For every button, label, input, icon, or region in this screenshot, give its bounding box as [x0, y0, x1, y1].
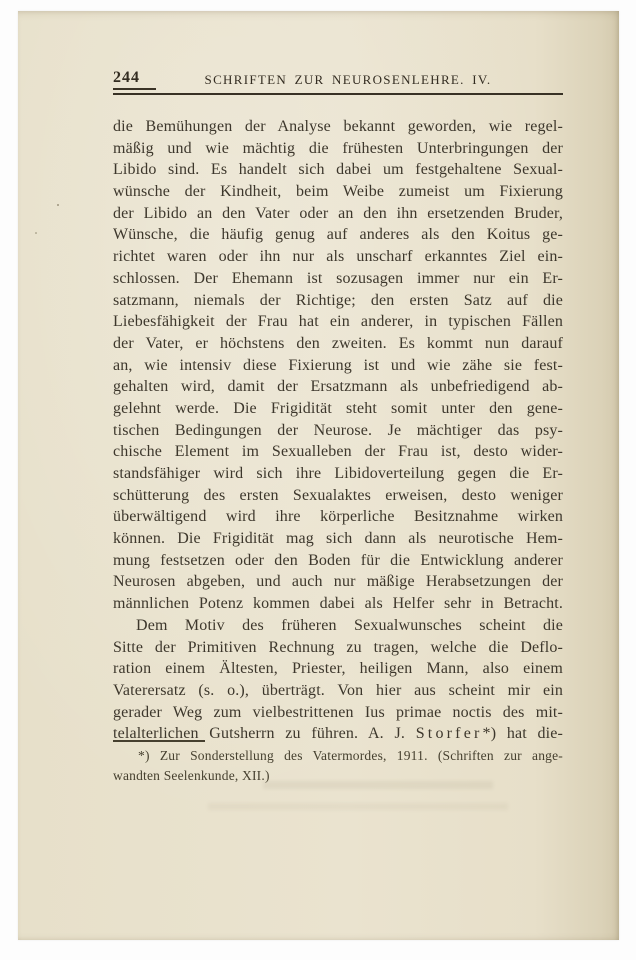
text-line: mäßig und wie mächtig die frühesten Unte…	[113, 138, 563, 160]
page-number-rule	[113, 88, 156, 90]
text-line: Vaterersatz (s. o.), überträgt. Von hier…	[113, 680, 563, 702]
text-line: Sitte der Primitiven Rechnung zu tragen,…	[113, 637, 563, 659]
text-line: Dem Motiv des früheren Sexualwunsches sc…	[113, 615, 563, 637]
text-line: Liebesfähigkeit der Frau hat ein anderer…	[113, 311, 563, 333]
text-line: Neurosen abgeben, und auch nur mäßige He…	[113, 571, 563, 593]
text-line: *) Zur Sonderstellung des Vatermordes, 1…	[113, 746, 563, 766]
text-line: schlossen. Der Ehemann ist sozusagen imm…	[113, 268, 563, 290]
text-line: der Vater, er höchstens den zweiten. Es …	[113, 333, 563, 355]
text-line: gerader Weg zum vielbestrittenen Ius pri…	[113, 702, 563, 724]
show-through-smudge	[263, 781, 493, 789]
text-line: Wünsche, die häufig genug auf anderes al…	[113, 224, 563, 246]
text-line: Libido sind. Es handelt sich dabei um fe…	[113, 159, 563, 181]
footnote: *) Zur Sonderstellung des Vatermordes, 1…	[113, 746, 563, 786]
footnote-rule	[113, 740, 205, 742]
scan-canvas: { "colors": { "paper": "#e8e1cc", "ink":…	[0, 0, 636, 960]
text-line: können. Die Frigidität mag sich dann als…	[113, 528, 563, 550]
text-line: mung festsetzen oder den Boden für die E…	[113, 550, 563, 572]
text-line: tischen Bedingungen der Neurose. Je mäch…	[113, 420, 563, 442]
text-line: telalterlichen Gutsherrn zu führen. A. J…	[113, 723, 563, 745]
text-line: chische Element im Sexualleben der Frau …	[113, 441, 563, 463]
text-block: 244 SCHRIFTEN ZUR NEUROSENLEHRE. IV. die…	[113, 11, 563, 940]
text-line: standsfähiger wird sich ihre Libidoverte…	[113, 463, 563, 485]
text-line: der Libido an den Vater oder an den ihn …	[113, 203, 563, 225]
paper-speck	[57, 204, 59, 206]
text-line: richtet waren oder ihn nur als unscharf …	[113, 246, 563, 268]
text-line: gehalten wird, damit der Ersatzmann als …	[113, 376, 563, 398]
letterspaced-name: Storfer	[416, 725, 483, 742]
body-text: die Bemühungen der Analyse bekannt gewor…	[113, 116, 563, 745]
text-line: schütterung des ersten Sexualaktes erwei…	[113, 485, 563, 507]
show-through-smudge	[208, 803, 508, 810]
running-header: 244 SCHRIFTEN ZUR NEUROSENLEHRE. IV.	[113, 68, 563, 94]
page-number: 244	[113, 69, 140, 87]
text-line: überwältigend wird ihre körperliche Besi…	[113, 506, 563, 528]
header-rule	[113, 93, 563, 95]
text-line: männlichen Potenz kommen dabei als Helfe…	[113, 593, 563, 615]
text-line: wünsche der Kindheit, beim Weibe zumeist…	[113, 181, 563, 203]
text-line: ration einem Ältesten, Priester, heilige…	[113, 658, 563, 680]
text-line: satzmann, niemals der Richtige; den erst…	[113, 290, 563, 312]
text-line: gelehnt werde. Die Frigidität steht somi…	[113, 398, 563, 420]
text-line: an, wie intensiv diese Fixierung ist und…	[113, 355, 563, 377]
text-line: die Bemühungen der Analyse bekannt gewor…	[113, 116, 563, 138]
book-page-scan: 244 SCHRIFTEN ZUR NEUROSENLEHRE. IV. die…	[18, 11, 619, 940]
running-title: SCHRIFTEN ZUR NEUROSENLEHRE. IV.	[143, 72, 553, 88]
paper-speck	[35, 232, 37, 234]
